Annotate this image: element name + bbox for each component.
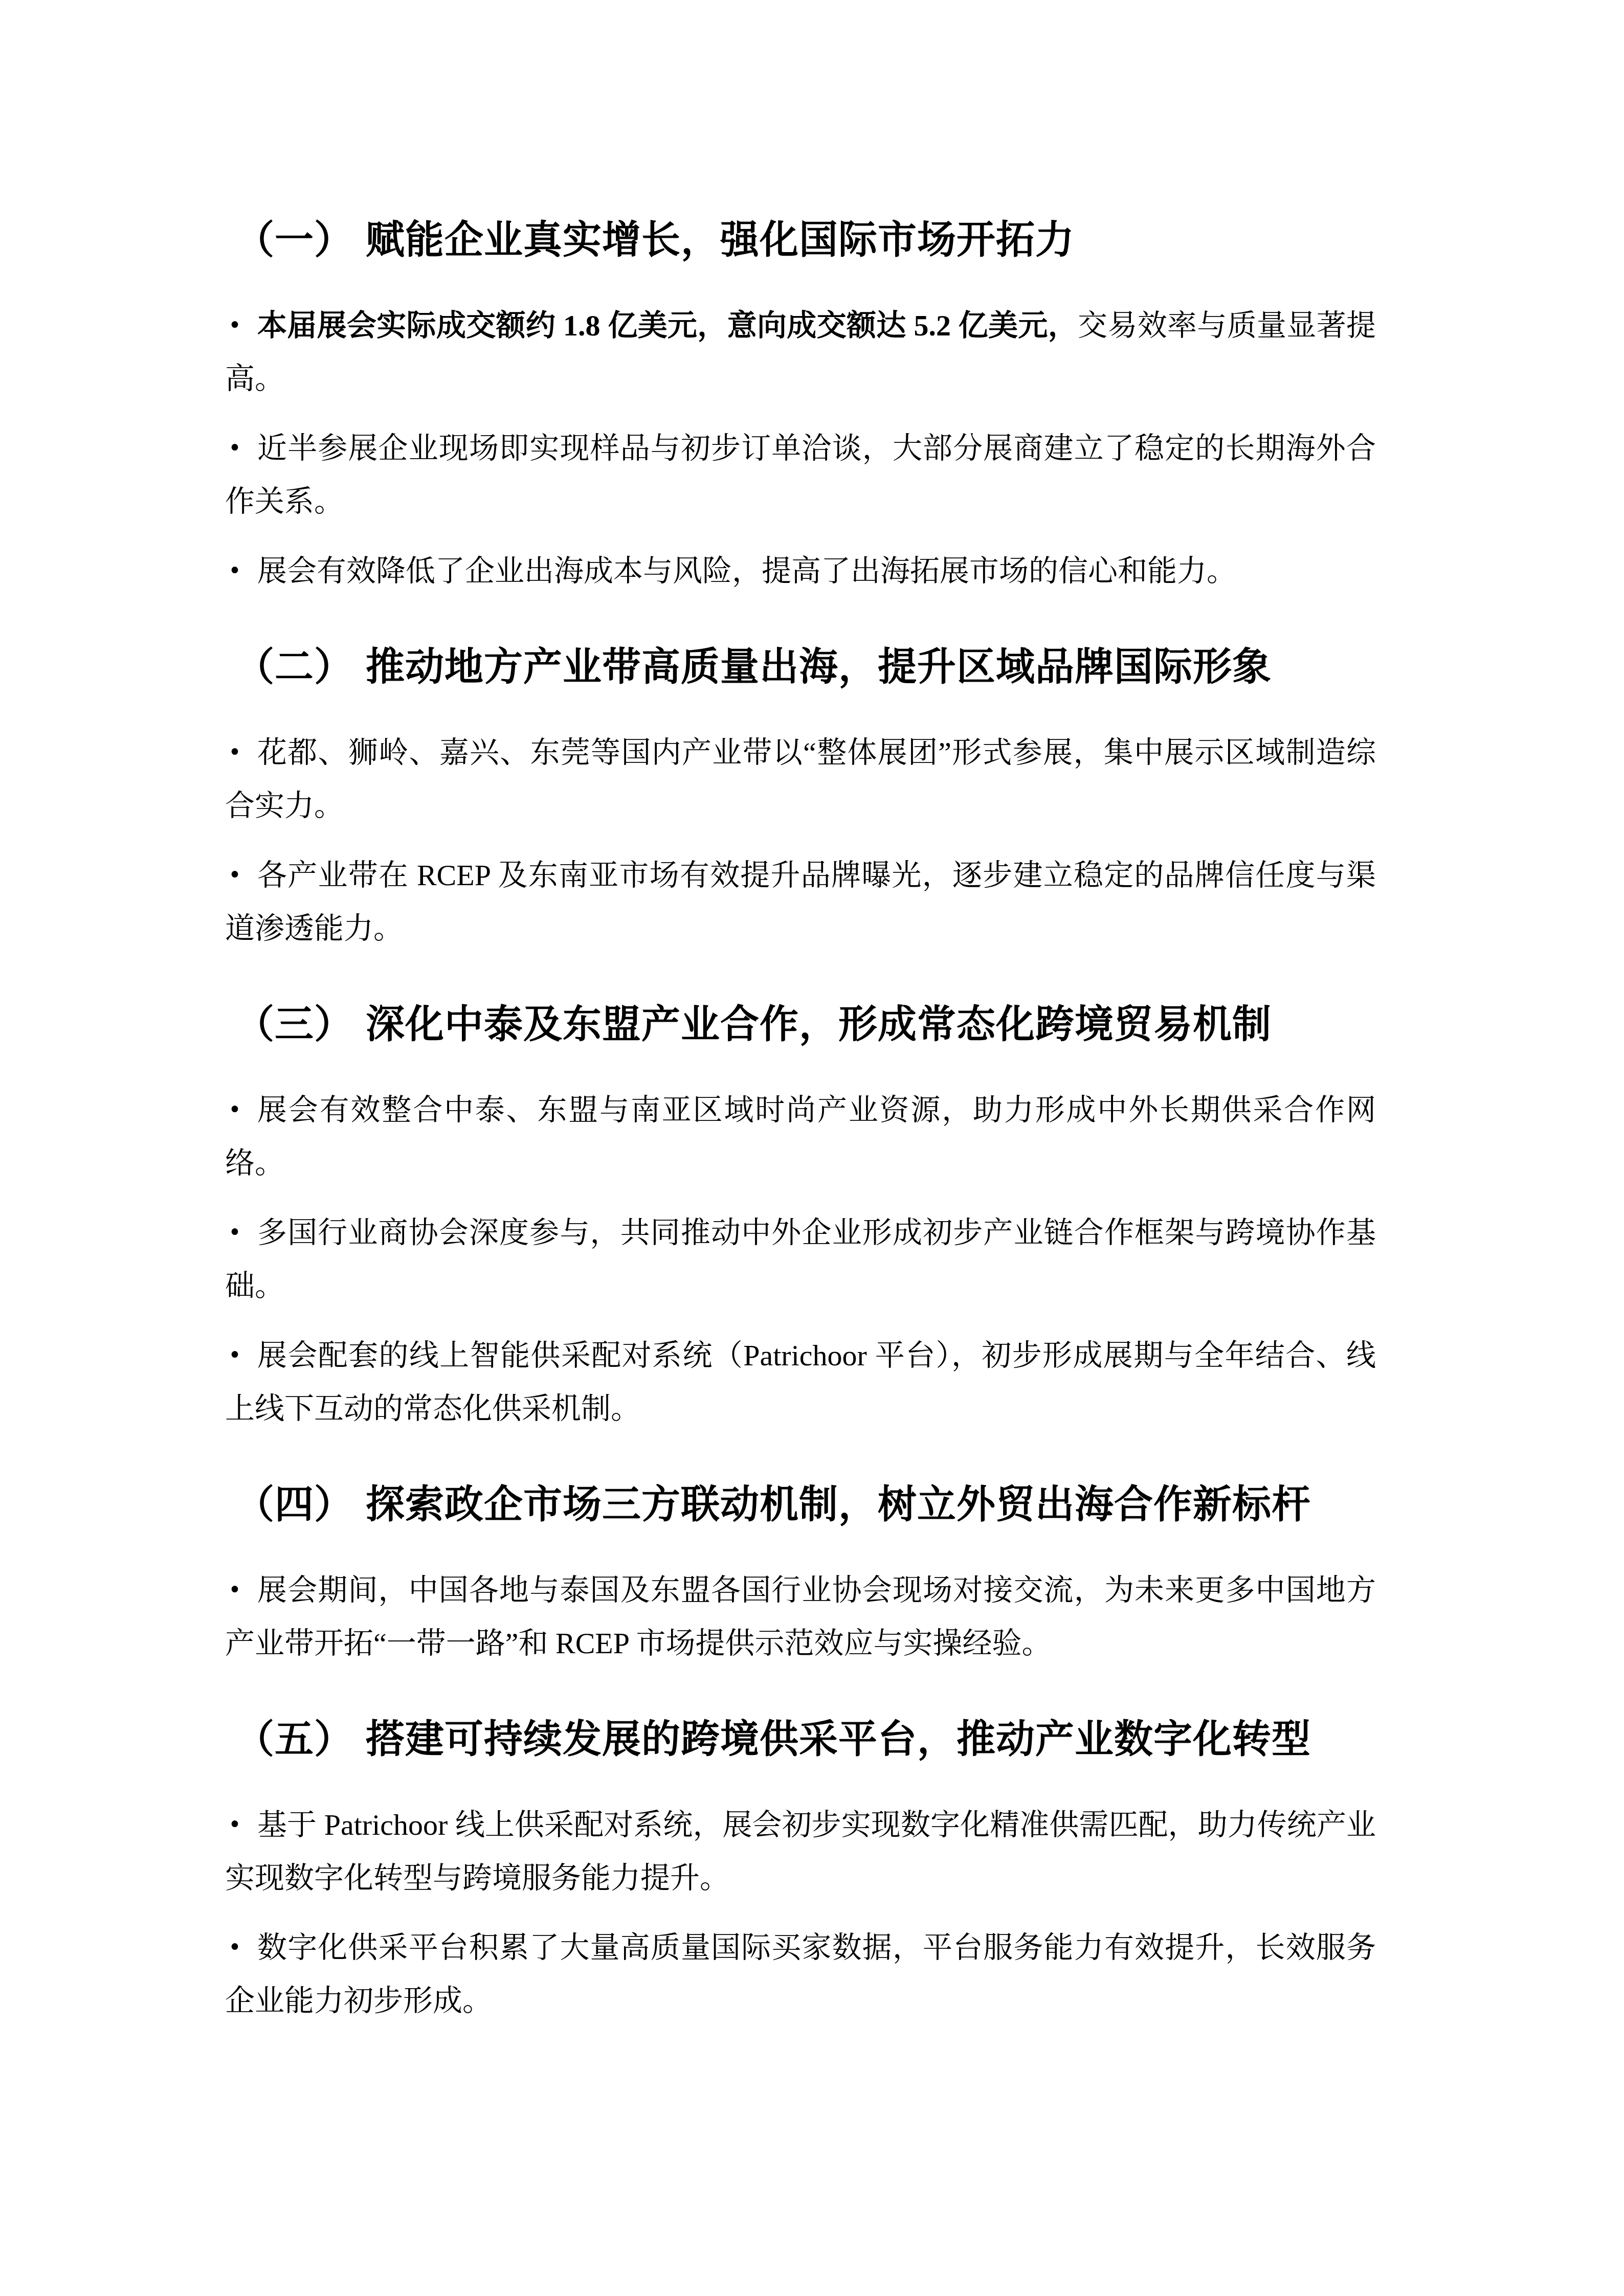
bullet-dot-icon: • bbox=[228, 726, 241, 779]
section-3: （三）深化中泰及东盟产业合作，形成常态化跨境贸易机制 •展会有效整合中泰、东盟与… bbox=[225, 1004, 1376, 1435]
section-4-heading: （四）探索政企市场三方联动机制，树立外贸出海合作新标杆 bbox=[235, 1484, 1376, 1525]
section-5-heading: （五）搭建可持续发展的跨境供采平台，推动产业数字化转型 bbox=[235, 1719, 1376, 1760]
bullet-dot-icon: • bbox=[228, 299, 241, 352]
bullet-dot-icon: • bbox=[228, 1798, 241, 1852]
document-page: （一）赋能企业真实增长，强化国际市场开拓力 •本届展会实际成交额约 1.8 亿美… bbox=[0, 0, 1624, 2296]
bullet-text: 多国行业商协会深度参与，共同推动中外企业形成初步产业链合作框架与跨境协作基础。 bbox=[225, 1216, 1376, 1302]
bullet-text: 花都、狮岭、嘉兴、东莞等国内产业带以“整体展团”形式参展，集中展示区域制造综合实… bbox=[225, 736, 1376, 822]
section-title: 深化中泰及东盟产业合作，形成常态化跨境贸易机制 bbox=[366, 1003, 1272, 1046]
bullet-dot-icon: • bbox=[228, 1206, 241, 1259]
bullet-item: •展会期间，中国各地与泰国及东盟各国行业协会现场对接交流，为未来更多中国地方产业… bbox=[225, 1564, 1376, 1670]
bullet-item: •近半参展企业现场即实现样品与初步订单洽谈，大部分展商建立了稳定的长期海外合作关… bbox=[225, 422, 1376, 528]
section-1: （一）赋能企业真实增长，强化国际市场开拓力 •本届展会实际成交额约 1.8 亿美… bbox=[225, 220, 1376, 598]
section-4: （四）探索政企市场三方联动机制，树立外贸出海合作新标杆 •展会期间，中国各地与泰… bbox=[225, 1484, 1376, 1670]
bullet-item: •各产业带在 RCEP 及东南亚市场有效提升品牌曝光，逐步建立稳定的品牌信任度与… bbox=[225, 849, 1376, 955]
section-title: 搭建可持续发展的跨境供采平台，推动产业数字化转型 bbox=[366, 1718, 1311, 1761]
bullet-text: 展会有效降低了企业出海成本与风险，提高了出海拓展市场的信心和能力。 bbox=[257, 554, 1236, 588]
bullet-dot-icon: • bbox=[228, 849, 241, 902]
bullet-bold-text: 本届展会实际成交额约 1.8 亿美元，意向成交额达 5.2 亿美元， bbox=[257, 309, 1078, 342]
bullet-dot-icon: • bbox=[228, 1564, 241, 1617]
bullet-text: 展会配套的线上智能供采配对系统（Patrichoor 平台），初步形成展期与全年… bbox=[225, 1339, 1376, 1425]
section-3-heading: （三）深化中泰及东盟产业合作，形成常态化跨境贸易机制 bbox=[235, 1004, 1376, 1045]
bullet-text: 展会有效整合中泰、东盟与南亚区域时尚产业资源，助力形成中外长期供采合作网络。 bbox=[225, 1093, 1376, 1180]
bullet-item: •花都、狮岭、嘉兴、东莞等国内产业带以“整体展团”形式参展，集中展示区域制造综合… bbox=[225, 726, 1376, 832]
section-number: （二） bbox=[235, 645, 353, 689]
bullet-item: •基于 Patrichoor 线上供采配对系统，展会初步实现数字化精准供需匹配，… bbox=[225, 1798, 1376, 1905]
section-5: （五）搭建可持续发展的跨境供采平台，推动产业数字化转型 •基于 Patricho… bbox=[225, 1719, 1376, 2028]
bullet-text: 基于 Patrichoor 线上供采配对系统，展会初步实现数字化精准供需匹配，助… bbox=[225, 1808, 1376, 1895]
bullet-item: •展会有效降低了企业出海成本与风险，提高了出海拓展市场的信心和能力。 bbox=[225, 545, 1376, 598]
bullet-item: •展会配套的线上智能供采配对系统（Patrichoor 平台），初步形成展期与全… bbox=[225, 1329, 1376, 1435]
bullet-item: •展会有效整合中泰、东盟与南亚区域时尚产业资源，助力形成中外长期供采合作网络。 bbox=[225, 1084, 1376, 1190]
bullet-item: •数字化供采平台积累了大量高质量国际买家数据，平台服务能力有效提升，长效服务企业… bbox=[225, 1921, 1376, 2028]
section-title: 推动地方产业带高质量出海，提升区域品牌国际形象 bbox=[366, 645, 1272, 689]
section-title: 赋能企业真实增长，强化国际市场开拓力 bbox=[366, 218, 1075, 262]
bullet-text: 展会期间，中国各地与泰国及东盟各国行业协会现场对接交流，为未来更多中国地方产业带… bbox=[225, 1573, 1376, 1660]
bullet-text: 近半参展企业现场即实现样品与初步订单洽谈，大部分展商建立了稳定的长期海外合作关系… bbox=[225, 432, 1376, 518]
section-number: （三） bbox=[235, 1003, 353, 1046]
bullet-text: 数字化供采平台积累了大量高质量国际买家数据，平台服务能力有效提升，长效服务企业能… bbox=[225, 1931, 1376, 2017]
bullet-dot-icon: • bbox=[228, 1084, 241, 1137]
section-1-heading: （一）赋能企业真实增长，强化国际市场开拓力 bbox=[235, 220, 1376, 261]
bullet-text: 各产业带在 RCEP 及东南亚市场有效提升品牌曝光，逐步建立稳定的品牌信任度与渠… bbox=[225, 859, 1376, 945]
bullet-dot-icon: • bbox=[228, 545, 241, 598]
section-number: （五） bbox=[235, 1718, 353, 1761]
bullet-dot-icon: • bbox=[228, 1329, 241, 1382]
section-number: （四） bbox=[235, 1483, 353, 1526]
bullet-item: •本届展会实际成交额约 1.8 亿美元，意向成交额达 5.2 亿美元，交易效率与… bbox=[225, 299, 1376, 406]
bullet-item: •多国行业商协会深度参与，共同推动中外企业形成初步产业链合作框架与跨境协作基础。 bbox=[225, 1206, 1376, 1313]
section-2-heading: （二）推动地方产业带高质量出海，提升区域品牌国际形象 bbox=[235, 647, 1376, 688]
section-title: 探索政企市场三方联动机制，树立外贸出海合作新标杆 bbox=[366, 1483, 1311, 1526]
bullet-dot-icon: • bbox=[228, 422, 241, 475]
section-2: （二）推动地方产业带高质量出海，提升区域品牌国际形象 •花都、狮岭、嘉兴、东莞等… bbox=[225, 647, 1376, 955]
section-number: （一） bbox=[235, 218, 353, 262]
bullet-dot-icon: • bbox=[228, 1921, 241, 1974]
